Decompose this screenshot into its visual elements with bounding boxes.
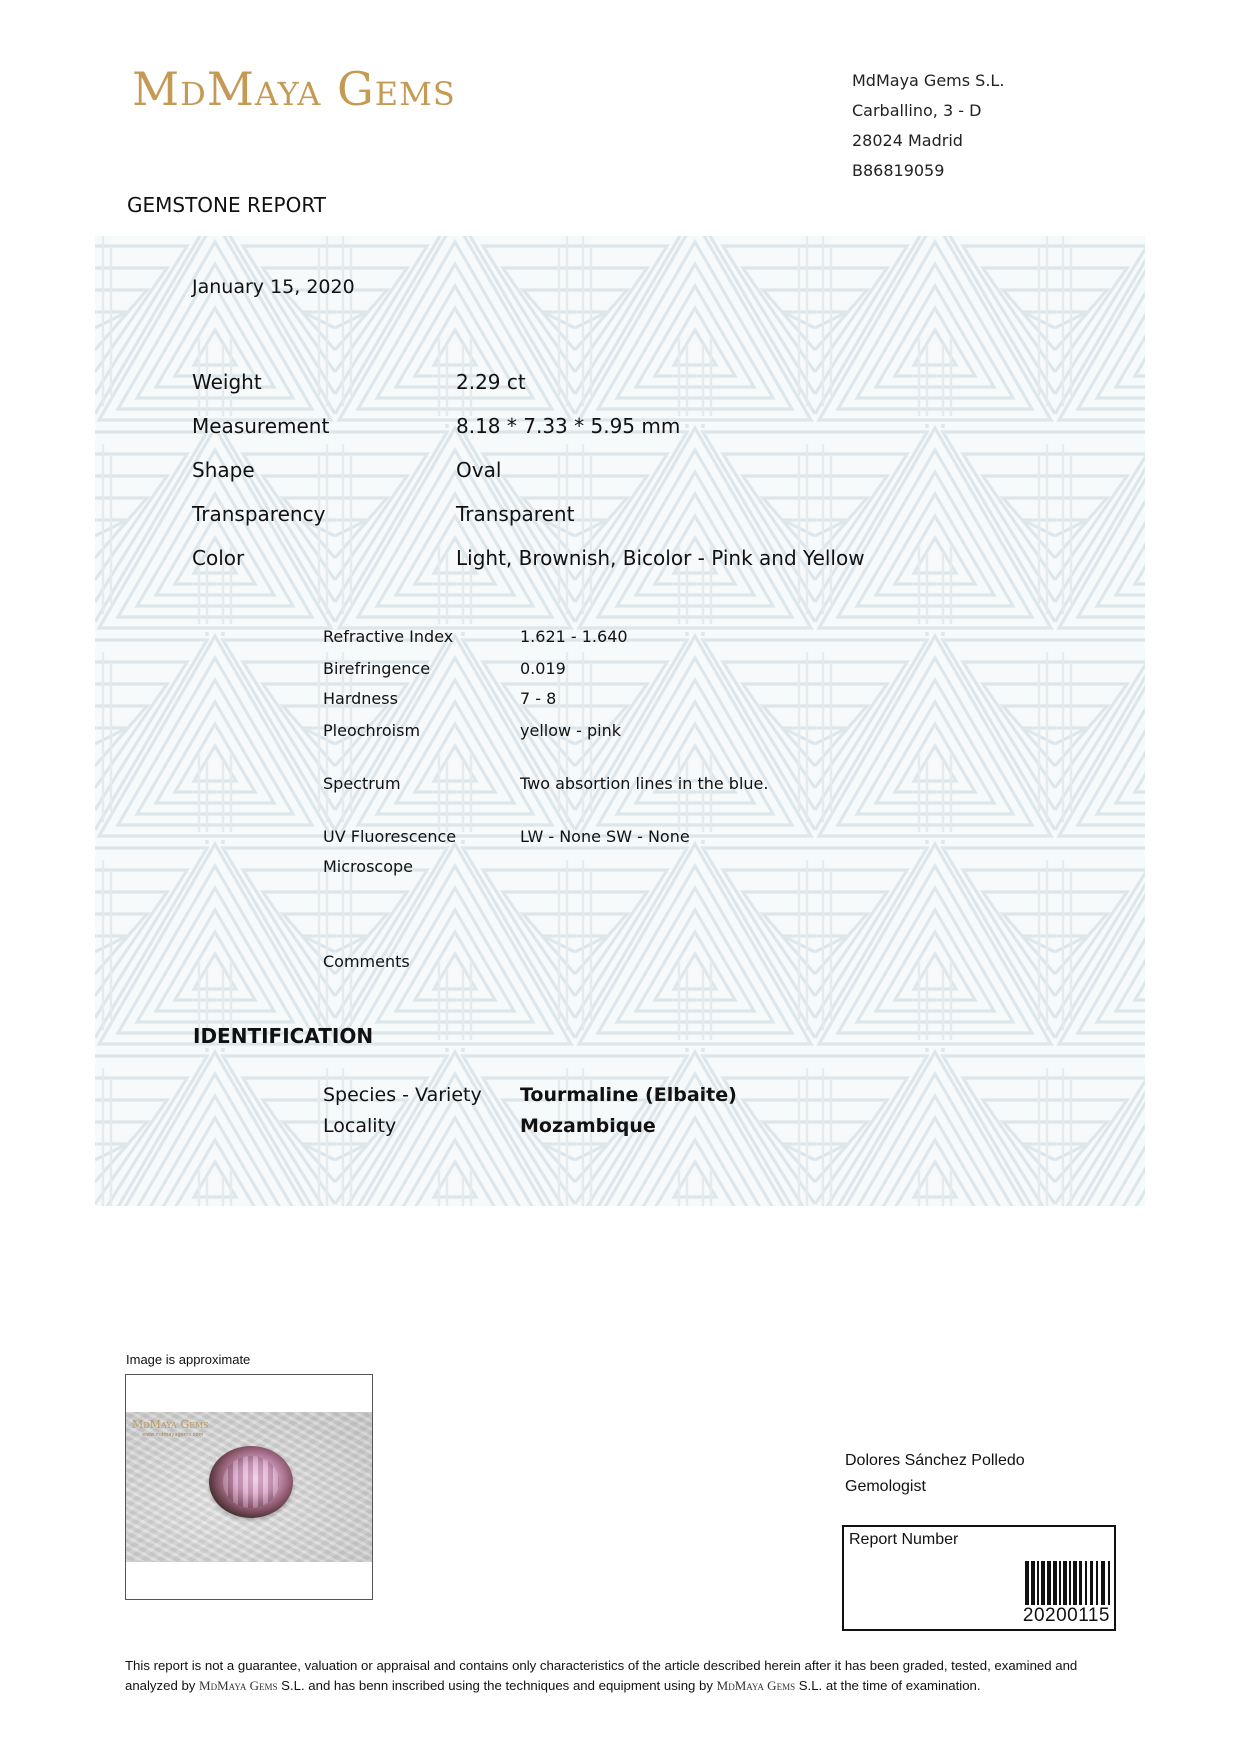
property-row-transparency: Transparency Transparent — [192, 502, 325, 526]
gemstone-photo: MdMaya Gems www.mdmayagems.com — [126, 1412, 372, 1562]
report-number-box: Report Number 20200115 — [842, 1525, 1116, 1631]
company-street: Carballino, 3 - D — [852, 96, 1004, 126]
detail-row-uv-fluorescence: UV Fluorescence LW - None SW - None — [323, 827, 456, 846]
identification-value: Mozambique — [520, 1115, 656, 1137]
property-value: Oval — [456, 458, 501, 482]
detail-row-refractive-index: Refractive Index 1.621 - 1.640 — [323, 627, 453, 646]
property-label: Shape — [192, 458, 255, 482]
barcode-bar — [1053, 1561, 1057, 1605]
property-value: Transparent — [456, 502, 574, 526]
report-number-value: 20200115 — [1023, 1605, 1110, 1627]
company-address: MdMaya Gems S.L. Carballino, 3 - D 28024… — [852, 66, 1004, 186]
detail-label: Hardness — [323, 689, 398, 708]
property-row-shape: Shape Oval — [192, 458, 255, 482]
identification-value: Tourmaline (Elbaite) — [520, 1084, 737, 1106]
property-row-weight: Weight 2.29 ct — [192, 370, 262, 394]
property-value: Light, Brownish, Bicolor - Pink and Yell… — [456, 546, 865, 570]
detail-value: LW - None SW - None — [520, 827, 690, 846]
legal-disclaimer: This report is not a guarantee, valuatio… — [125, 1656, 1115, 1696]
detail-value: 7 - 8 — [520, 689, 556, 708]
barcode-bar — [1096, 1561, 1098, 1605]
property-label: Measurement — [192, 414, 329, 438]
detail-value: 1.621 - 1.640 — [520, 627, 628, 646]
property-label: Transparency — [192, 502, 325, 526]
photo-watermark-url: www.mdmayagems.com — [142, 1432, 203, 1438]
property-row-color: Color Light, Brownish, Bicolor - Pink an… — [192, 546, 244, 570]
disclaimer-company-1: MdMaya Gems — [199, 1678, 277, 1693]
barcode-bar — [1073, 1561, 1077, 1605]
report-number-label: Report Number — [849, 1531, 958, 1549]
property-row-measurement: Measurement 8.18 * 7.33 * 5.95 mm — [192, 414, 329, 438]
barcode-bar — [1047, 1561, 1051, 1605]
detail-row-comments: Comments — [323, 952, 410, 971]
detail-label: Microscope — [323, 857, 413, 876]
disclaimer-text-2: S.L. and has benn inscribed using the te… — [277, 1678, 716, 1693]
report-date: January 15, 2020 — [192, 276, 355, 298]
barcode-bar — [1101, 1561, 1105, 1605]
detail-value: 0.019 — [520, 659, 566, 678]
detail-label: Spectrum — [323, 774, 401, 793]
barcode-bar — [1031, 1561, 1035, 1605]
disclaimer-company-2: MdMaya Gems — [717, 1678, 795, 1693]
property-value: 8.18 * 7.33 * 5.95 mm — [456, 414, 680, 438]
barcode-bar — [1041, 1561, 1045, 1605]
detail-label: Refractive Index — [323, 627, 453, 646]
barcode-icon — [1025, 1561, 1110, 1605]
barcode-bar — [1108, 1561, 1110, 1605]
property-label: Color — [192, 546, 244, 570]
identification-label: Locality — [323, 1115, 396, 1137]
detail-label: Comments — [323, 952, 410, 971]
image-caption: Image is approximate — [126, 1352, 250, 1367]
report-title: GEMSTONE REPORT — [127, 193, 326, 217]
company-city: 28024 Madrid — [852, 126, 1004, 156]
barcode-bar — [1069, 1561, 1071, 1605]
disclaimer-text-3: S.L. at the time of examination. — [795, 1678, 980, 1693]
identification-label: Species - Variety — [323, 1084, 482, 1106]
oval-gemstone-icon — [209, 1446, 293, 1518]
detail-row-pleochroism: Pleochroism yellow - pink — [323, 721, 420, 740]
property-label: Weight — [192, 370, 262, 394]
detail-label: Pleochroism — [323, 721, 420, 740]
company-tax-id: B86819059 — [852, 156, 1004, 186]
identification-row-locality: Locality Mozambique — [323, 1115, 396, 1137]
barcode-bar — [1037, 1561, 1039, 1605]
company-name: MdMaya Gems S.L. — [852, 66, 1004, 96]
barcode-bar — [1025, 1561, 1029, 1605]
detail-row-hardness: Hardness 7 - 8 — [323, 689, 398, 708]
detail-row-birefringence: Birefringence 0.019 — [323, 659, 430, 678]
detail-row-spectrum: Spectrum Two absortion lines in the blue… — [323, 774, 401, 793]
detail-row-microscope: Microscope — [323, 857, 413, 876]
barcode-bar — [1079, 1561, 1082, 1605]
barcode-bar — [1085, 1561, 1087, 1605]
gemstone-image-frame: MdMaya Gems www.mdmayagems.com — [125, 1374, 373, 1600]
barcode-bar — [1063, 1561, 1067, 1605]
photo-watermark: MdMaya Gems — [132, 1418, 209, 1431]
brand-logo: MdMaya Gems — [132, 66, 456, 112]
property-value: 2.29 ct — [456, 370, 526, 394]
detail-value: Two absortion lines in the blue. — [520, 774, 768, 793]
gemologist-title: Gemologist — [845, 1474, 1025, 1500]
identification-row-species: Species - Variety Tourmaline (Elbaite) — [323, 1084, 482, 1106]
detail-label: UV Fluorescence — [323, 827, 456, 846]
barcode-bar — [1059, 1561, 1061, 1605]
barcode-bar — [1090, 1561, 1093, 1605]
gemologist-signature: Dolores Sánchez Polledo Gemologist — [845, 1448, 1025, 1500]
detail-label: Birefringence — [323, 659, 430, 678]
identification-heading: IDENTIFICATION — [193, 1024, 373, 1048]
gemologist-name: Dolores Sánchez Polledo — [845, 1448, 1025, 1474]
detail-value: yellow - pink — [520, 721, 621, 740]
